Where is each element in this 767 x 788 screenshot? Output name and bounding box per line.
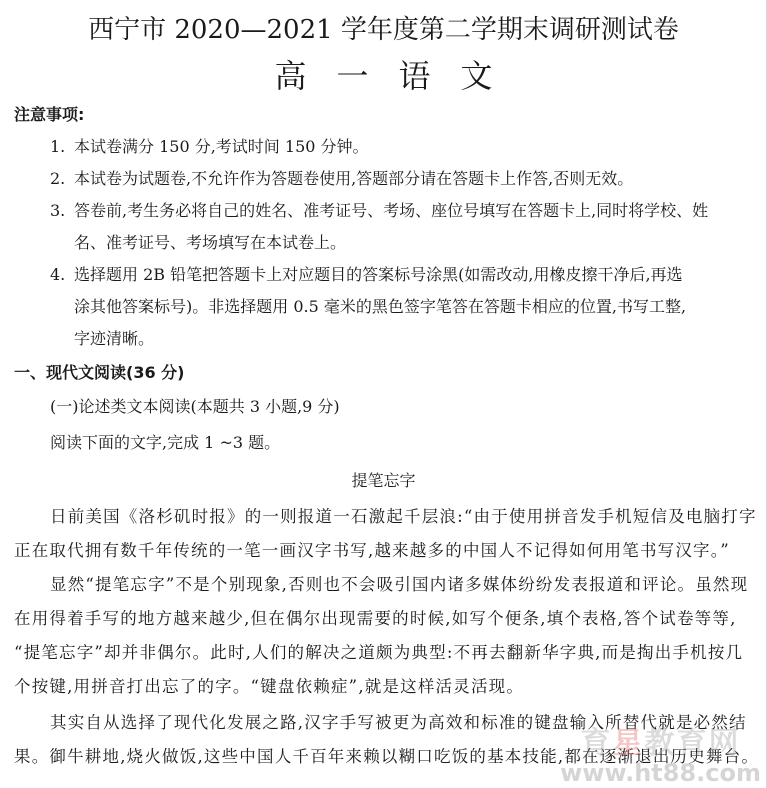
watermark-brand: 育星教育网	[560, 728, 761, 760]
article-title: 提笔忘字	[0, 470, 767, 492]
notice-text: 答卷前,考生务必将自己的姓名、准考证号、考场、座位号填写在答题卡上,同时将学校、…	[74, 201, 708, 220]
article-line: 日前美国《洛杉矶时报》的一则报道一石激起千层浪:“由于使用拼音发手机短信及电脑打…	[50, 506, 767, 528]
article-line: 显然“提笔忘字”不是个别现象,否则也不会吸引国内诸多媒体纷纷发表报道和评论。虽然…	[50, 574, 767, 596]
notice-item-4: 4.选择题用 2B 铅笔把答题卡上对应题目的答案标号涂黑(如需改动,用橡皮擦干净…	[50, 264, 683, 286]
subsection-heading: (一)论述类文本阅读(本题共 3 小题,9 分)	[50, 396, 340, 418]
exam-title: 西宁市 2020—2021 学年度第二学期末调研测试卷	[0, 12, 767, 48]
watermark: 育星教育网 www.ht88.com	[560, 728, 761, 786]
notice-text: 本试卷为试题卷,不允许作为答题卷使用,答题部分请在答题卡上作答,否则无效。	[74, 169, 633, 188]
reading-instruction: 阅读下面的文字,完成 1 ~3 题。	[50, 432, 280, 454]
notice-text: 本试卷满分 150 分,考试时间 150 分钟。	[74, 137, 369, 156]
exam-subject: 高一语文	[0, 56, 767, 96]
notice-text-continued: 名、准考证号、考场填写在本试卷上。	[74, 232, 346, 254]
article-line: “提笔忘字”却并非偶尔。此时,人们的解决之道颇为典型:不再去翻新华字典,而是掏出…	[14, 642, 754, 664]
notice-text-continued: 字迹清晰。	[74, 328, 154, 350]
notice-heading: 注意事项:	[14, 104, 84, 126]
notice-number: 1.	[50, 136, 74, 158]
notice-item-1: 1.本试卷满分 150 分,考试时间 150 分钟。	[50, 136, 369, 158]
section-heading: 一、现代文阅读(36 分)	[14, 362, 184, 384]
notice-number: 2.	[50, 168, 74, 190]
watermark-url: www.ht88.com	[560, 760, 761, 786]
article-line: 在用得着手写的地方越来越少,但在偶尔出现需要的时候,如写个便条,填个表格,答个试…	[14, 608, 754, 630]
notice-number: 4.	[50, 264, 74, 286]
article-line: 正在取代拥有数千年传统的一笔一画汉字书写,越来越多的中国人不记得如何用笔书写汉字…	[14, 540, 754, 562]
notice-number: 3.	[50, 200, 74, 222]
exam-page: 西宁市 2020—2021 学年度第二学期末调研测试卷 高一语文 注意事项: 1…	[0, 0, 767, 788]
notice-item-2: 2.本试卷为试题卷,不允许作为答题卷使用,答题部分请在答题卡上作答,否则无效。	[50, 168, 633, 190]
notice-item-3: 3.答卷前,考生务必将自己的姓名、准考证号、考场、座位号填写在答题卡上,同时将学…	[50, 200, 708, 222]
notice-text: 选择题用 2B 铅笔把答题卡上对应题目的答案标号涂黑(如需改动,用橡皮擦干净后,…	[74, 265, 683, 284]
article-line: 个按键,用拼音打出忘了的字。“键盘依赖症”,就是这样活灵活现。	[14, 676, 754, 698]
notice-text-continued: 涂其他答案标号)。非选择题用 0.5 毫米的黑色签字笔答在答题卡相应的位置,书写…	[74, 296, 686, 318]
